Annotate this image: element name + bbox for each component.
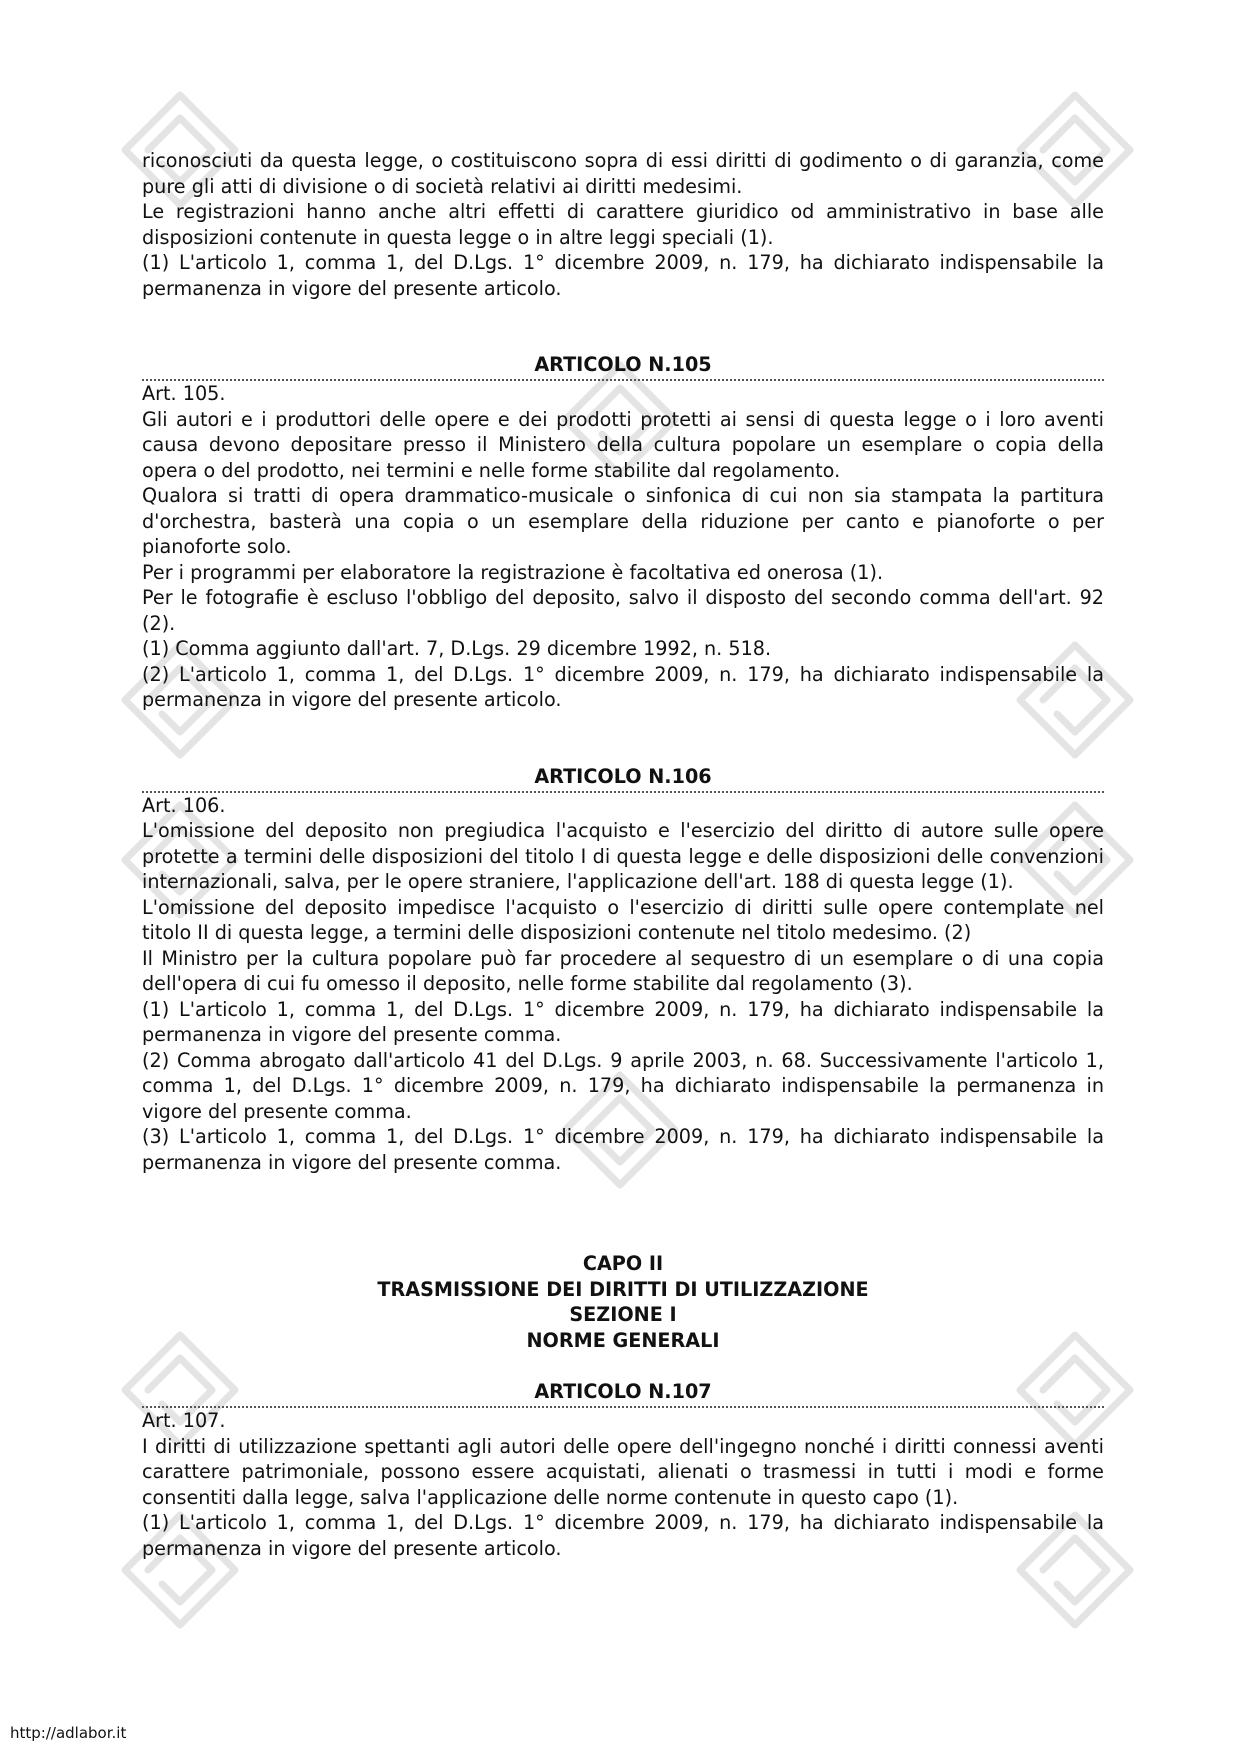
article-107: ARTICOLO N.107 Art. 107. I diritti di ut… (142, 1379, 1104, 1561)
chapter-number: CAPO II (142, 1251, 1104, 1277)
section-title: NORME GENERALI (142, 1328, 1104, 1354)
footnote: (1) L'articolo 1, comma 1, del D.Lgs. 1°… (142, 1510, 1104, 1561)
footnote: (1) L'articolo 1, comma 1, del D.Lgs. 1°… (142, 997, 1104, 1048)
intro-section: riconosciuti da questa legge, o costitui… (142, 148, 1104, 301)
footer-site-link[interactable]: http://adlabor.it (10, 1724, 126, 1742)
article-105: ARTICOLO N.105 Art. 105. Gli autori e i … (142, 352, 1104, 713)
chapter-header: CAPO II TRASMISSIONE DEI DIRITTI DI UTIL… (142, 1251, 1104, 1353)
paragraph: Il Ministro per la cultura popolare può … (142, 946, 1104, 997)
article-heading: ARTICOLO N.107 (142, 1379, 1104, 1408)
article-label: Art. 106. (142, 793, 1104, 819)
paragraph: I diritti di utilizzazione spettanti agl… (142, 1434, 1104, 1511)
article-label: Art. 107. (142, 1408, 1104, 1434)
paragraph: Le registrazioni hanno anche altri effet… (142, 199, 1104, 250)
footnote: (1) Comma aggiunto dall'art. 7, D.Lgs. 2… (142, 636, 1104, 662)
document-page: riconosciuti da questa legge, o costitui… (142, 148, 1104, 1561)
paragraph: Per le fotografie è escluso l'obbligo de… (142, 585, 1104, 636)
paragraph: L'omissione del deposito non pregiudica … (142, 818, 1104, 895)
article-label: Art. 105. (142, 381, 1104, 407)
article-106: ARTICOLO N.106 Art. 106. L'omissione del… (142, 764, 1104, 1176)
paragraph: Gli autori e i produttori delle opere e … (142, 407, 1104, 484)
footnote: (1) L'articolo 1, comma 1, del D.Lgs. 1°… (142, 250, 1104, 301)
footnote: (2) L'articolo 1, comma 1, del D.Lgs. 1°… (142, 662, 1104, 713)
footnote: (2) Comma abrogato dall'articolo 41 del … (142, 1048, 1104, 1125)
chapter-title: TRASMISSIONE DEI DIRITTI DI UTILIZZAZION… (142, 1277, 1104, 1303)
section-number: SEZIONE I (142, 1302, 1104, 1328)
article-heading: ARTICOLO N.105 (142, 352, 1104, 381)
paragraph: riconosciuti da questa legge, o costitui… (142, 148, 1104, 199)
article-heading: ARTICOLO N.106 (142, 764, 1104, 793)
paragraph: Per i programmi per elaboratore la regis… (142, 560, 1104, 586)
paragraph: Qualora si tratti di opera drammatico-mu… (142, 483, 1104, 560)
footnote: (3) L'articolo 1, comma 1, del D.Lgs. 1°… (142, 1124, 1104, 1175)
paragraph: L'omissione del deposito impedisce l'acq… (142, 895, 1104, 946)
